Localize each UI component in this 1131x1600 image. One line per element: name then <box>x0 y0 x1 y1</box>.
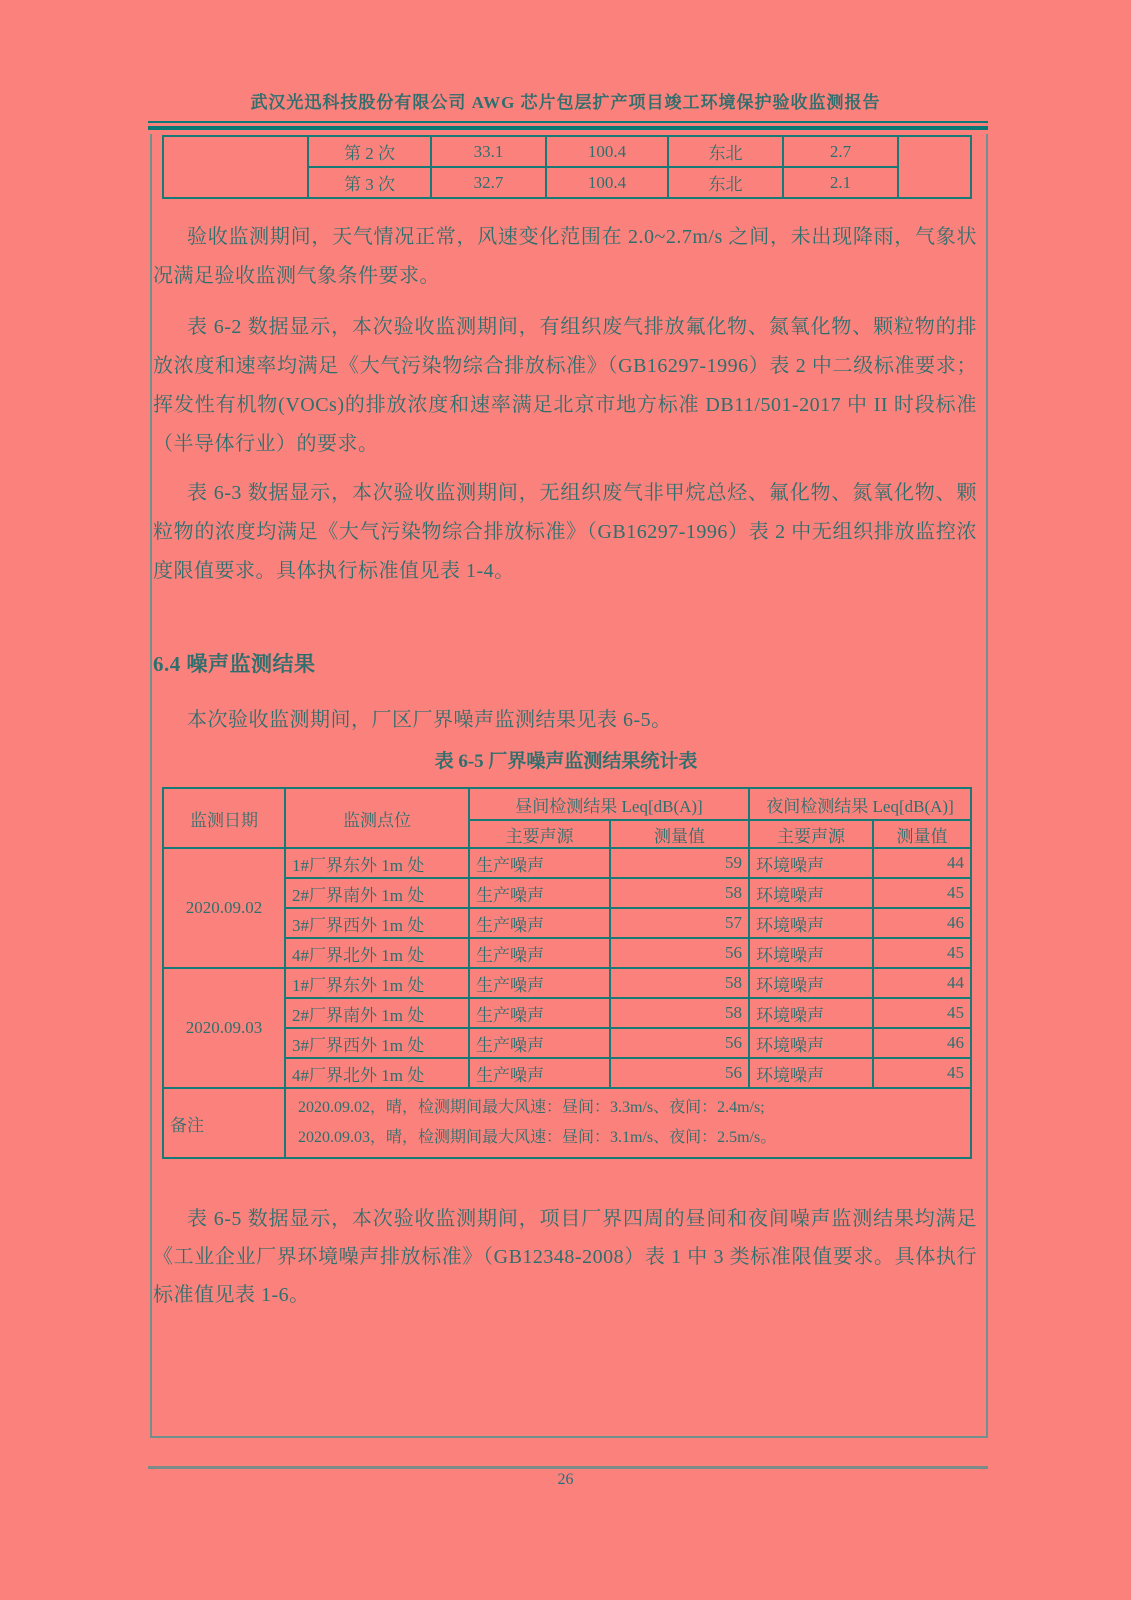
table-row: 3#厂界西外 1m 处 生产噪声 56 环境噪声 46 <box>163 1028 971 1058</box>
day-source-cell: 生产噪声 <box>469 848 610 878</box>
day-value-cell: 56 <box>610 1028 749 1058</box>
value-cell: 32.7 <box>431 167 546 198</box>
paragraph-weather-summary: 验收监测期间，天气情况正常，风速变化范围在 2.0~2.7m/s 之间，未出现降… <box>153 218 977 296</box>
measure-no-cell: 第 3 次 <box>308 167 431 198</box>
col-header-point: 监测点位 <box>285 788 469 848</box>
col-header-day-source: 主要声源 <box>469 820 610 848</box>
night-source-cell: 环境噪声 <box>749 878 873 908</box>
weather-table-continuation: 第 2 次 33.1 100.4 东北 2.7 第 3 次 32.7 100.4… <box>162 135 972 199</box>
table-header-row: 监测日期 监测点位 昼间检测结果 Leq[dB(A)] 夜间检测结果 Leq[d… <box>163 788 971 820</box>
night-value-cell: 46 <box>873 908 971 938</box>
col-header-date: 监测日期 <box>163 788 285 848</box>
remark-line-1: 2020.09.02，晴，检测期间最大风速：昼间：3.3m/s、夜间：2.4m/… <box>292 1093 964 1123</box>
day-source-cell: 生产噪声 <box>469 1058 610 1088</box>
point-cell: 1#厂界东外 1m 处 <box>285 848 469 878</box>
night-source-cell: 环境噪声 <box>749 848 873 878</box>
day-value-cell: 56 <box>610 938 749 968</box>
point-cell: 2#厂界南外 1m 处 <box>285 998 469 1028</box>
point-cell: 2#厂界南外 1m 处 <box>285 878 469 908</box>
day-source-cell: 生产噪声 <box>469 998 610 1028</box>
table-row: 2020.09.02 1#厂界东外 1m 处 生产噪声 59 环境噪声 44 <box>163 848 971 878</box>
empty-cell <box>898 136 971 198</box>
point-cell: 3#厂界西外 1m 处 <box>285 1028 469 1058</box>
day-value-cell: 59 <box>610 848 749 878</box>
table-remark-row: 备注 2020.09.02，晴，检测期间最大风速：昼间：3.3m/s、夜间：2.… <box>163 1088 971 1158</box>
value-cell: 100.4 <box>546 167 668 198</box>
remark-line-2: 2020.09.03，晴，检测期间最大风速：昼间：3.1m/s、夜间：2.5m/… <box>292 1123 964 1153</box>
point-cell: 4#厂界北外 1m 处 <box>285 1058 469 1088</box>
point-cell: 1#厂界东外 1m 处 <box>285 968 469 998</box>
report-page: 武汉光迅科技股份有限公司 AWG 芯片包层扩产项目竣工环境保护验收监测报告 第 … <box>0 0 1131 1600</box>
day-value-cell: 56 <box>610 1058 749 1088</box>
header-rule-thick <box>148 126 988 130</box>
empty-cell <box>163 136 308 198</box>
footer-rule <box>148 1466 988 1469</box>
night-source-cell: 环境噪声 <box>749 1058 873 1088</box>
night-value-cell: 44 <box>873 848 971 878</box>
col-header-day: 昼间检测结果 Leq[dB(A)] <box>469 788 749 820</box>
col-header-night-source: 主要声源 <box>749 820 873 848</box>
paragraph-table6-2-result: 表 6-2 数据显示，本次验收监测期间，有组织废气排放氟化物、氮氧化物、颗粒物的… <box>153 308 977 464</box>
paragraph-noise-intro: 本次验收监测期间，厂区厂界噪声监测结果见表 6-5。 <box>153 701 977 740</box>
table-row: 3#厂界西外 1m 处 生产噪声 57 环境噪声 46 <box>163 908 971 938</box>
col-header-night-value: 测量值 <box>873 820 971 848</box>
day-source-cell: 生产噪声 <box>469 878 610 908</box>
day-source-cell: 生产噪声 <box>469 1028 610 1058</box>
table-row: 2020.09.03 1#厂界东外 1m 处 生产噪声 58 环境噪声 44 <box>163 968 971 998</box>
day-source-cell: 生产噪声 <box>469 938 610 968</box>
night-source-cell: 环境噪声 <box>749 938 873 968</box>
night-source-cell: 环境噪声 <box>749 1028 873 1058</box>
wind-speed-cell: 2.1 <box>783 167 898 198</box>
value-cell: 33.1 <box>431 136 546 167</box>
night-source-cell: 环境噪声 <box>749 998 873 1028</box>
table-row: 第 2 次 33.1 100.4 东北 2.7 <box>163 136 971 167</box>
page-header-title: 武汉光迅科技股份有限公司 AWG 芯片包层扩产项目竣工环境保护验收监测报告 <box>0 88 1131 113</box>
wind-direction-cell: 东北 <box>668 136 783 167</box>
wind-speed-cell: 2.7 <box>783 136 898 167</box>
point-cell: 3#厂界西外 1m 处 <box>285 908 469 938</box>
wind-direction-cell: 东北 <box>668 167 783 198</box>
table-row: 4#厂界北外 1m 处 生产噪声 56 环境噪声 45 <box>163 938 971 968</box>
point-cell: 4#厂界北外 1m 处 <box>285 938 469 968</box>
col-header-night: 夜间检测结果 Leq[dB(A)] <box>749 788 971 820</box>
section-heading-6-4: 6.4 噪声监测结果 <box>153 648 316 678</box>
paragraph-table6-5-result: 表 6-5 数据显示，本次验收监测期间，项目厂界四周的昼间和夜间噪声监测结果均满… <box>153 1200 977 1314</box>
table-row: 2#厂界南外 1m 处 生产噪声 58 环境噪声 45 <box>163 998 971 1028</box>
night-value-cell: 45 <box>873 938 971 968</box>
paragraph-table6-3-result: 表 6-3 数据显示，本次验收监测期间，无组织废气非甲烷总烃、氟化物、氮氧化物、… <box>153 474 977 591</box>
night-value-cell: 46 <box>873 1028 971 1058</box>
night-value-cell: 44 <box>873 968 971 998</box>
day-value-cell: 57 <box>610 908 749 938</box>
date-cell: 2020.09.03 <box>163 968 285 1088</box>
header-rule-thin <box>148 121 988 123</box>
night-value-cell: 45 <box>873 1058 971 1088</box>
day-value-cell: 58 <box>610 968 749 998</box>
day-source-cell: 生产噪声 <box>469 968 610 998</box>
remark-label-cell: 备注 <box>163 1088 285 1158</box>
page-number: 26 <box>0 1471 1131 1489</box>
day-value-cell: 58 <box>610 878 749 908</box>
table6-5-caption: 表 6-5 厂界噪声监测结果统计表 <box>162 746 970 773</box>
night-value-cell: 45 <box>873 998 971 1028</box>
table-row: 4#厂界北外 1m 处 生产噪声 56 环境噪声 45 <box>163 1058 971 1088</box>
remark-content-cell: 2020.09.02，晴，检测期间最大风速：昼间：3.3m/s、夜间：2.4m/… <box>285 1088 971 1158</box>
night-source-cell: 环境噪声 <box>749 968 873 998</box>
day-source-cell: 生产噪声 <box>469 908 610 938</box>
day-value-cell: 58 <box>610 998 749 1028</box>
value-cell: 100.4 <box>546 136 668 167</box>
date-cell: 2020.09.02 <box>163 848 285 968</box>
col-header-day-value: 测量值 <box>610 820 749 848</box>
measure-no-cell: 第 2 次 <box>308 136 431 167</box>
noise-monitoring-table: 监测日期 监测点位 昼间检测结果 Leq[dB(A)] 夜间检测结果 Leq[d… <box>162 787 972 1159</box>
table-row: 2#厂界南外 1m 处 生产噪声 58 环境噪声 45 <box>163 878 971 908</box>
night-value-cell: 45 <box>873 878 971 908</box>
night-source-cell: 环境噪声 <box>749 908 873 938</box>
